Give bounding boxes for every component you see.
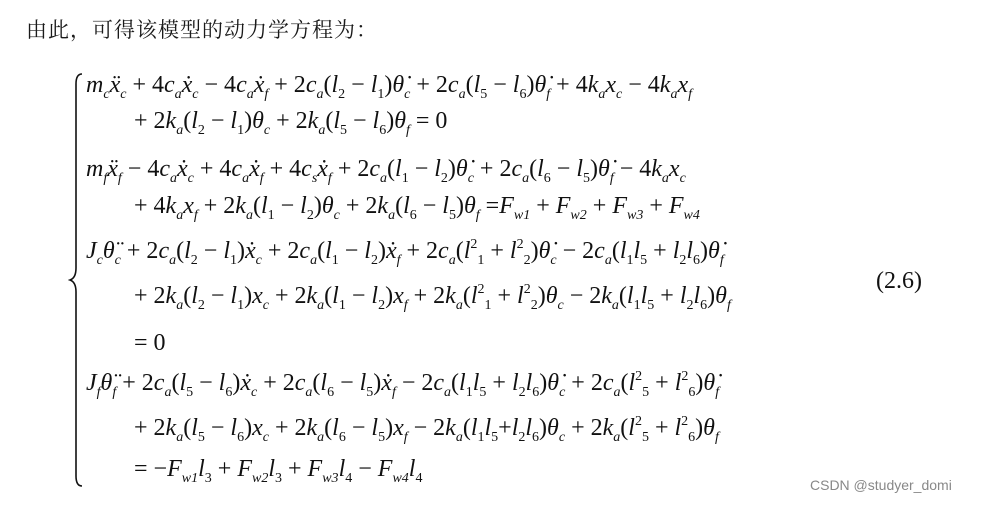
intro-text: 由此，可得该模型的动力学方程为： (26, 14, 378, 44)
equation-number: (2.6) (876, 268, 922, 295)
equation-line: + 2ka(l5 − l6)xc + 2ka(l6 − l5)xf − 2ka(… (134, 413, 719, 447)
equation-line: Jfθ̈f + 2ca(l5 − l6)ẋc + 2ca(l6 − l5)ẋf … (86, 368, 719, 402)
equation-line: + 2ka(l2 − l1)θc + 2ka(l5 − l6)θf = 0 (134, 106, 447, 140)
equation-line: + 4kaxf + 2ka(l1 − l2)θc + 2ka(l6 − l5)θ… (134, 191, 700, 225)
equation-line: + 2ka(l2 − l1)xc + 2ka(l1 − l2)xf + 2ka(… (134, 281, 731, 315)
equation-line: = −Fw1l3 + Fw2l3 + Fw3l4 − Fw4l4 (134, 454, 422, 488)
watermark: CSDN @studyer_domi (810, 477, 952, 493)
left-brace-icon (68, 70, 84, 490)
equation-line: Jcθ̈c + 2ca(l2 − l1)ẋc + 2ca(l1 − l2)ẋf … (86, 236, 724, 270)
equation-line: mcẍc + 4caẋc − 4caẋf + 2ca(l2 − l1)θ̇c +… (86, 70, 692, 104)
equation-line: mfẍf − 4caẋc + 4caẋf + 4csẋf + 2ca(l1 − … (86, 154, 686, 188)
equation-line: = 0 (134, 328, 166, 362)
